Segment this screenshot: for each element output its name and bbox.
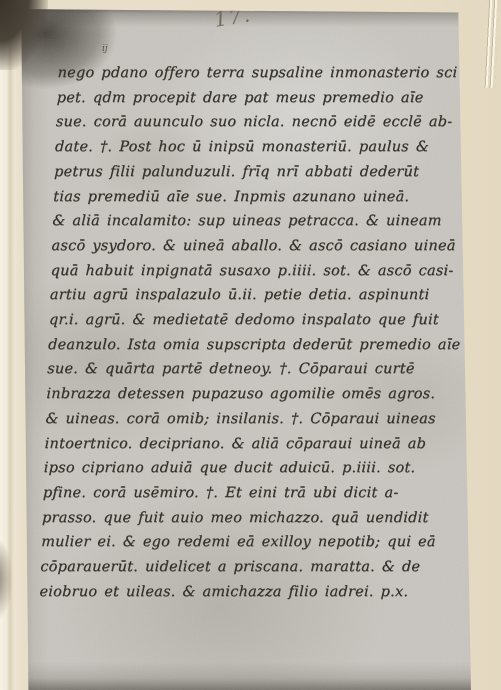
manuscript-line-4: date. †. Post hoc ū inipsū monasteriū. p… (55, 135, 454, 160)
manuscript-line-3: sue. corā auunculo suo nicla. necnō eidē… (55, 110, 454, 135)
manuscript-line-6: tias premediū aīe sue. Inpmis azunano ui… (53, 185, 452, 210)
margin-mark: ij (102, 44, 108, 54)
manuscript-line-19: prasso. que fuit auio meo michazzo. quā … (42, 506, 441, 531)
manuscript-line-7: & aliā incalamito: sup uineas petracca. … (52, 209, 451, 234)
manuscript-line-12: deanzulo. Ista omia supscripta dederūt p… (48, 333, 447, 358)
manuscript-line-2: pet. qdm procepit dare pat meus premedio… (56, 86, 455, 111)
manuscript-line-17: ipso cipriano aduiā que ducit aduicū. p.… (43, 456, 442, 481)
manuscript-line-9: quā habuit inpignatā susaxo p.iiii. sot.… (50, 259, 449, 284)
page-edge-smudge (0, 540, 12, 618)
manuscript-line-22: eiobruo et uileas. & amichazza filio iad… (39, 580, 438, 605)
manuscript-photo: 17. ij nego pdano offero terra supsaline… (18, 5, 471, 690)
manuscript-line-16: intoertnico. decipriano. & aliā cōparaui… (44, 432, 443, 457)
manuscript-line-15: & uineas. corā omib; insilanis. †. Cōpar… (45, 407, 444, 432)
manuscript-line-11: qr.i. agrū. & medietatē dedomo inspalato… (49, 308, 448, 333)
manuscript-line-20: mulier ei. & ego redemi eā exilloy nepot… (41, 530, 440, 555)
manuscript-line-14: inbrazza detessen pupazuso agomilie omēs… (46, 382, 445, 407)
book-photo-stage: 17. ij nego pdano offero terra supsaline… (0, 0, 501, 690)
manuscript-line-5: petrus filii palunduzuli. frīq nrī abbat… (54, 160, 453, 185)
manuscript-line-1: nego pdano offero terra supsaline inmona… (57, 61, 456, 86)
manuscript-line-21: cōparauerūt. uidelicet a priscana. marat… (40, 555, 439, 580)
manuscript-line-10: artiu agrū inspalazulo ū.ii. petie detia… (49, 283, 448, 308)
manuscript-line-8: ascō ysydoro. & uineā aballo. & ascō cas… (51, 234, 450, 259)
manuscript-text-block: nego pdano offero terra supsaline inmona… (39, 61, 456, 604)
manuscript-line-13: sue. & quārta partē detneoy. †. Cōparaui… (47, 357, 446, 382)
manuscript-line-18: pfine. corā usēmiro. †. Et eini trā ubi … (42, 481, 441, 506)
book-gutter-shadow (0, 0, 48, 70)
